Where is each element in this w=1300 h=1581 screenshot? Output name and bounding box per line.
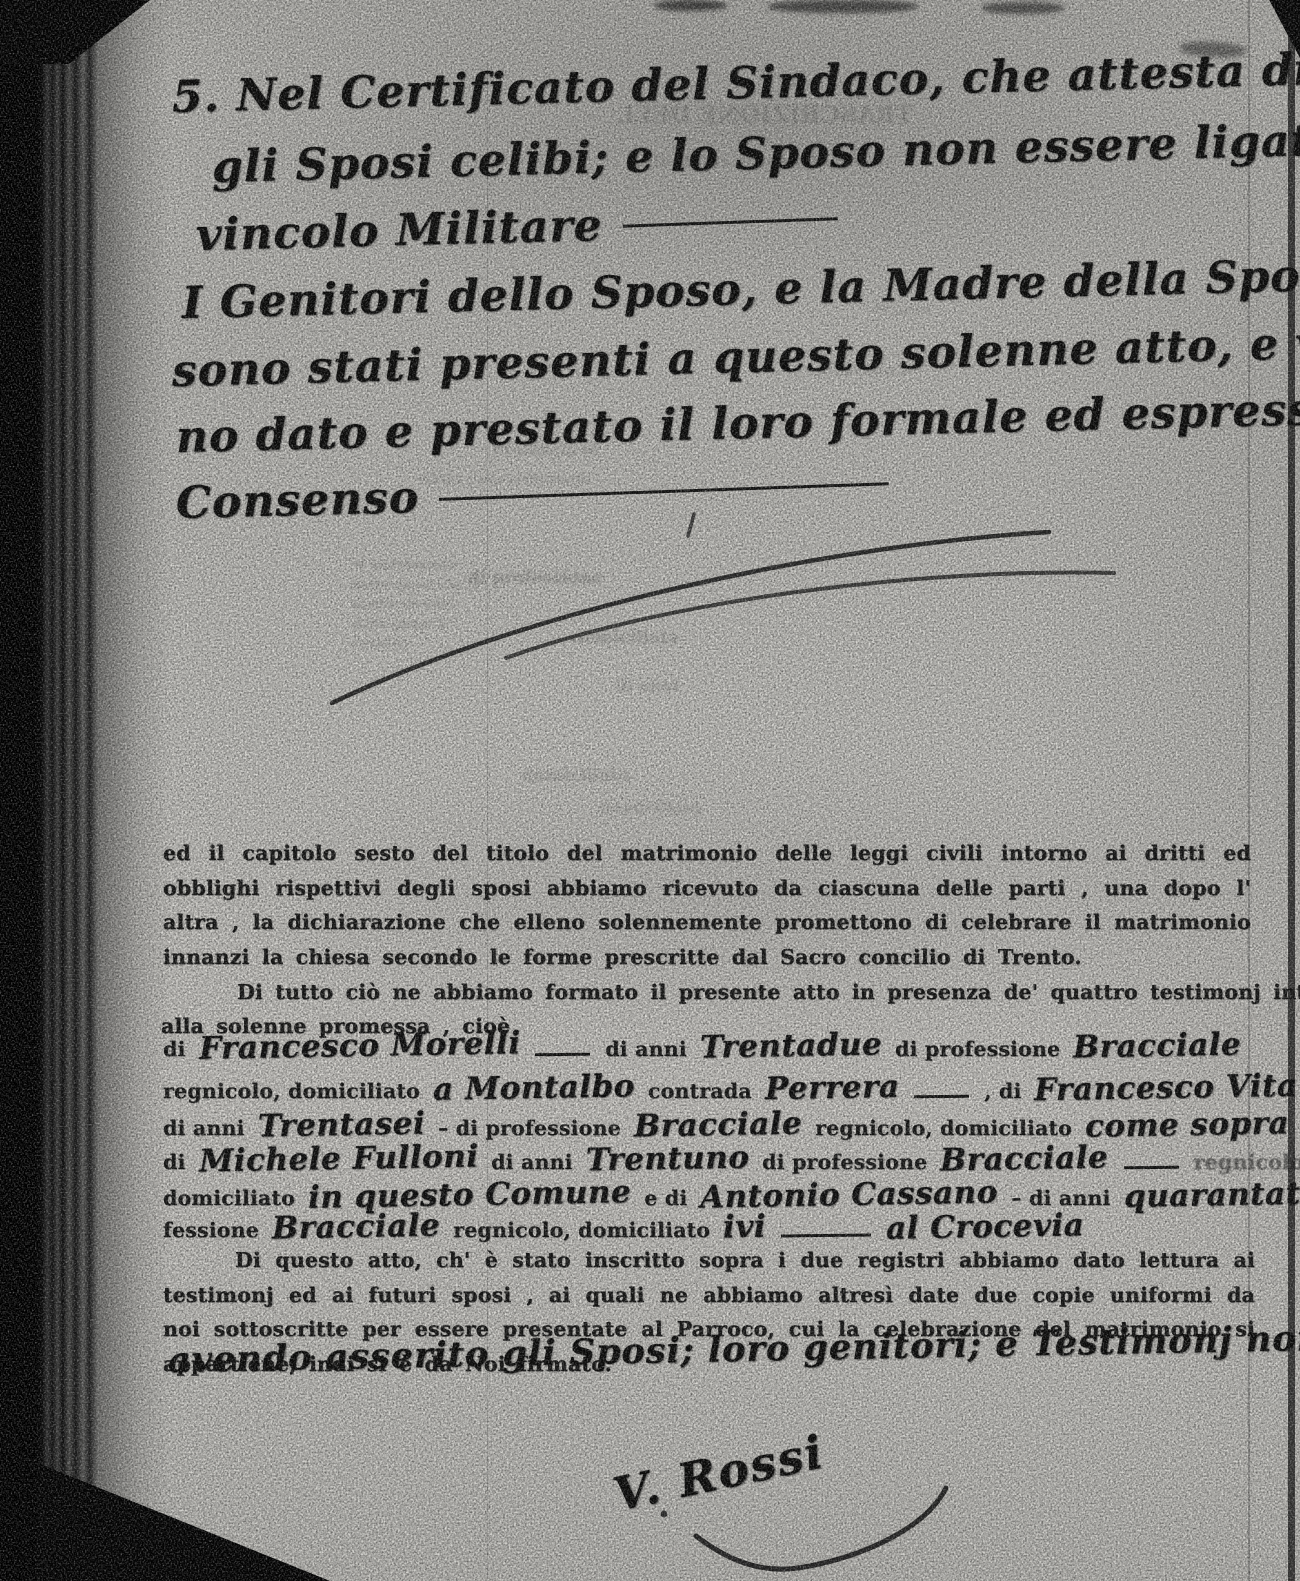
pen-dash bbox=[1124, 1166, 1179, 1170]
witness-profession: Bracciale bbox=[1073, 1027, 1242, 1066]
printed-paragraph-capitolo: ed il capitolo sesto del titolo del matr… bbox=[163, 836, 1251, 974]
ink-smudge bbox=[768, 0, 918, 13]
bleedthrough-text: di professione bbox=[468, 568, 603, 588]
witness-row-5: domiciliato in questo Comune e di Antoni… bbox=[163, 1177, 1300, 1213]
witness-row-1: di Francesco Morelli di anni Trentadue d… bbox=[163, 1028, 1242, 1064]
form-label: , di bbox=[984, 1079, 1021, 1103]
witness-row-4: di Michele Fulloni di anni Trentuno di p… bbox=[163, 1141, 1300, 1177]
witness-residence: Perrera bbox=[764, 1069, 899, 1107]
pen-dash bbox=[535, 1053, 590, 1057]
pen-dash bbox=[623, 217, 838, 228]
witness-name: Francesco Morelli bbox=[198, 1025, 520, 1067]
form-label: di anni bbox=[491, 1150, 573, 1174]
form-label: di professione bbox=[762, 1150, 927, 1174]
form-label: fessione bbox=[163, 1218, 259, 1242]
witness-residence: a Montalbo bbox=[433, 1068, 636, 1108]
form-label: regnicolo, bbox=[1194, 1150, 1300, 1174]
bleedthrough-text: domiciliata bbox=[572, 628, 679, 648]
form-label: di bbox=[163, 1037, 186, 1061]
bleedthrough-text: domiciliata bbox=[600, 798, 701, 817]
form-label: contrada bbox=[648, 1079, 752, 1103]
witness-age: quarantatre bbox=[1123, 1175, 1300, 1215]
form-label: di anni bbox=[605, 1037, 687, 1061]
witness-residence: al Crocevia bbox=[886, 1207, 1085, 1246]
form-label: – di anni bbox=[1011, 1186, 1110, 1210]
witness-row-3: di anni Trentasei – di professione Bracc… bbox=[163, 1107, 1289, 1143]
witness-age: Trentasei bbox=[257, 1106, 425, 1145]
witness-name: Michele Fulloni bbox=[198, 1139, 478, 1180]
witness-residence: ivi bbox=[723, 1209, 767, 1246]
witness-row-6: fessione Bracciale regnicolo, domiciliat… bbox=[163, 1209, 1085, 1245]
witness-row-2: regnicolo, domiciliato a Montalbo contra… bbox=[163, 1070, 1298, 1106]
witness-profession: Bracciale bbox=[634, 1106, 803, 1145]
witness-profession: Bracciale bbox=[940, 1140, 1109, 1179]
form-label: – di professione bbox=[438, 1116, 621, 1140]
form-label: domiciliato bbox=[163, 1186, 295, 1210]
witness-name: Francesco Vita bbox=[1034, 1068, 1298, 1109]
form-label: di bbox=[163, 1150, 186, 1174]
witness-age: Trentuno bbox=[585, 1140, 749, 1179]
form-label: regnicolo, domiciliato bbox=[163, 1079, 420, 1103]
ink-smudge bbox=[982, 2, 1064, 14]
form-label: e di bbox=[644, 1186, 687, 1210]
form-label: di anni bbox=[163, 1116, 245, 1140]
witness-profession: Bracciale bbox=[272, 1208, 441, 1247]
pen-dash bbox=[439, 482, 889, 501]
form-label: regnicolo, domiciliato bbox=[815, 1116, 1072, 1140]
printed-paragraph-testimonj-1: Di tutto ciò ne abbiamo formato il prese… bbox=[237, 975, 1300, 1010]
pen-dash bbox=[914, 1095, 969, 1099]
binding-shadow bbox=[100, 0, 170, 1581]
ink-smudge bbox=[655, 0, 727, 11]
witness-residence: come sopra bbox=[1085, 1105, 1290, 1145]
form-label: regnicolo, domiciliato bbox=[453, 1218, 710, 1242]
witness-age: Trentadue bbox=[699, 1026, 882, 1065]
bleedthrough-text: di anni bbox=[616, 676, 679, 695]
bleedthrough-text-block: di matrimonio della sposa che la madre d… bbox=[352, 556, 484, 654]
scanned-marriage-record-page: TRASCRIZIONE DELL il matrimonio celebrat… bbox=[0, 0, 1300, 1581]
form-label: di professione bbox=[895, 1037, 1060, 1061]
bleedthrough-text: domiciliato bbox=[522, 766, 630, 786]
pen-dash bbox=[781, 1234, 871, 1238]
